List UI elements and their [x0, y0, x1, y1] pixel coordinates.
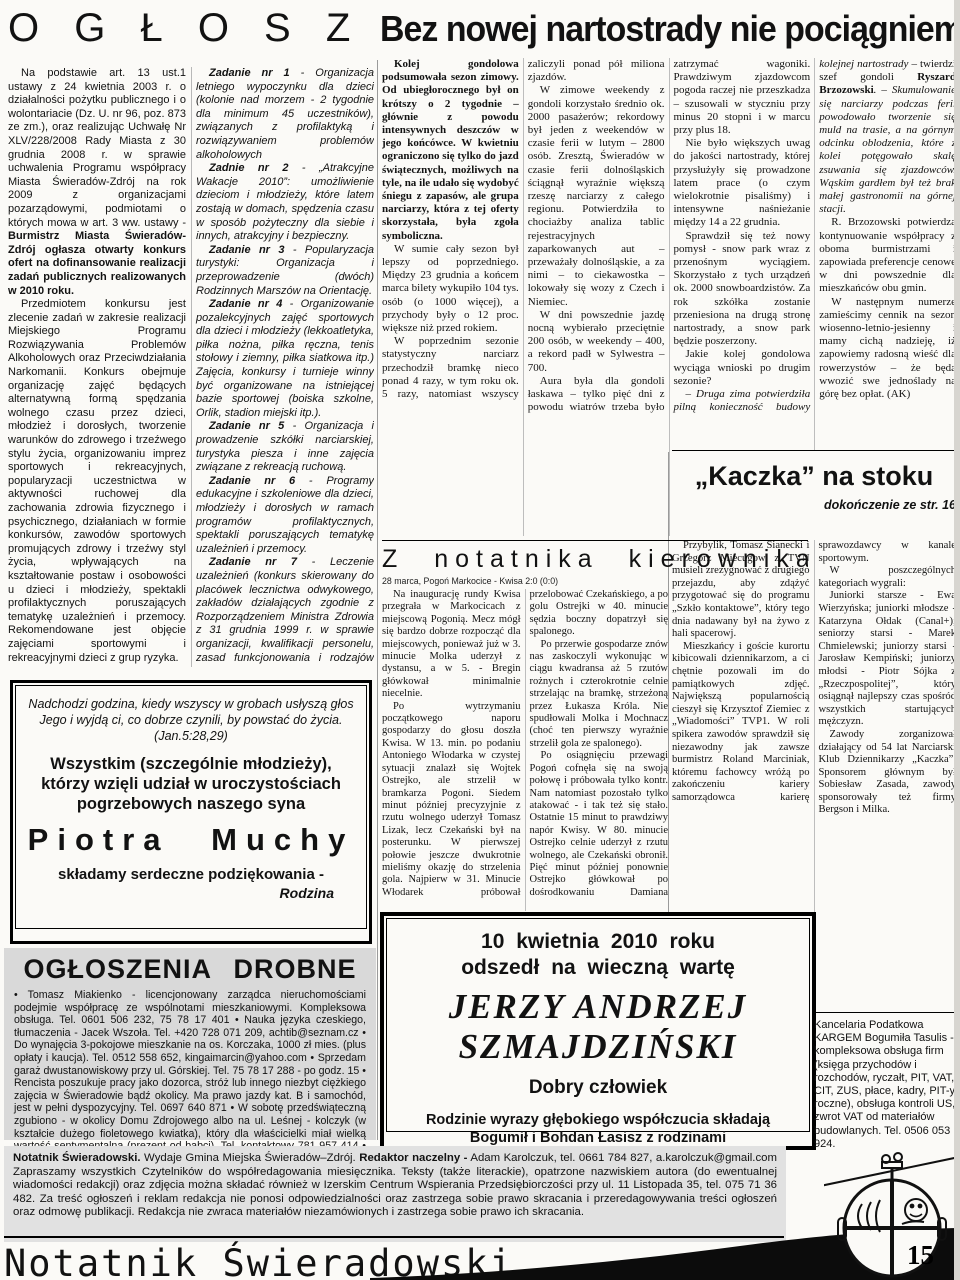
- ad-text: Kancelaria Podatkowa KARGEM Bogumiła Tas…: [814, 1019, 955, 1137]
- newspaper-page: O G Ł O S Z E N I E Na podstawie art. 13…: [0, 0, 960, 1280]
- classifieds-title: OGŁOSZENIA DROBNE: [14, 954, 366, 985]
- continuation-note: dokończenie ze str. 16: [672, 498, 956, 512]
- imprint-text: Zapraszamy wszystkich Czytelników do wsp…: [13, 1166, 777, 1219]
- ogloszenie-title: O G Ł O S Z E N I E: [8, 6, 374, 51]
- obituary-box: 10 kwietnia 2010 roku odszedł na wieczną…: [380, 912, 816, 1150]
- obituary-condolence: Rodzinie wyrazy głębokiego współczucia s…: [387, 1111, 809, 1147]
- page-number: 15: [907, 1240, 934, 1270]
- scan-edge: [954, 0, 960, 1280]
- obituary-condolence-line1: Rodzinie wyrazy głębokiego współczucia s…: [387, 1111, 809, 1129]
- match-report: Na inaugurację rundy Kwisa przegrała w M…: [382, 589, 668, 911]
- ogloszenie-body: Na podstawie art. 13 ust.1 ustawy z 24 k…: [8, 67, 374, 667]
- paragraph: Jakie kolej gondolowa wyciąga wnioski po…: [674, 348, 811, 388]
- paragraph: W sumie cały sezon był lepszy od poprzed…: [382, 243, 519, 335]
- ogloszenie-section: O G Ł O S Z E N I E Na podstawie art. 13…: [8, 6, 374, 674]
- condolence-text: Wszystkim (szczególnie młodzieży), którz…: [26, 754, 356, 814]
- paragraph: Juniorki starsze - Ewa Wierzyńska; junio…: [819, 590, 957, 729]
- task-item: Zadanie nr 5 - Organizacja i prowadzenie…: [196, 420, 374, 474]
- paragraph: W dni powszednie jazdę nocną wybierało p…: [528, 309, 665, 375]
- task-item: Zadanie nr 3 - Popularyzacja turystyki: …: [196, 244, 374, 298]
- editor-contact: Adam Karolczuk, tel. 0661 784 827, a.kar…: [467, 1152, 777, 1164]
- kaczka-title: „Kaczka” na stoku: [672, 461, 956, 492]
- paragraph: W zimowe weekendy z gondoli korzystało ś…: [528, 84, 665, 308]
- paragraph: Zawody zorganizował działający od 54 lat…: [819, 729, 957, 817]
- obituary-date: 10 kwietnia 2010 roku: [387, 929, 809, 955]
- obituary-name-line2: SZMAJDZIŃSKI: [387, 1027, 809, 1067]
- paragraph: Nie było większych uwag do jakości narto…: [674, 137, 811, 229]
- paragraph: R. Brzozowski potwierdza kontynuowanie w…: [819, 216, 956, 295]
- paper-name: Notatnik Świeradowski.: [13, 1152, 141, 1164]
- gondola-lift-icon: 15: [824, 1146, 960, 1280]
- paragraph: Przedmiotem konkursu jest zlecenie zadań…: [8, 298, 186, 665]
- paragraph: Po przerwie gospodarze znów nas zaskoczy…: [530, 639, 669, 751]
- obituary-condolence-line2: Bogumił i Bohdan Łasisz z rodzinami: [387, 1129, 809, 1147]
- task-item: Zadanie nr 6 - Programy edukacyjne i szk…: [196, 475, 374, 557]
- condolence-box: Nadchodzi godzina, kiedy wszyscy w groba…: [10, 680, 372, 944]
- paragraph: Sprawdził się też nowy pomysł - snow par…: [674, 230, 811, 349]
- paragraph: Na podstawie art. 13 ust.1 ustawy z 24 k…: [8, 67, 186, 298]
- obituary-date-line: 10 kwietnia 2010 roku odszedł na wieczną…: [387, 929, 809, 981]
- classifieds-box: OGŁOSZENIA DROBNE • Tomasz Miakienko - l…: [4, 948, 376, 1140]
- paragraph: Na inaugurację rundy Kwisa przegrała w M…: [382, 589, 521, 701]
- task-item: Zadnie nr 2 - „Atrakcyjne Wakacje 2010”:…: [196, 162, 374, 244]
- bible-quote: Nadchodzi godzina, kiedy wszyscy w groba…: [26, 696, 356, 744]
- publisher: Wydaje Gmina Miejska Świeradów–Zdrój.: [141, 1152, 360, 1164]
- obituary-name: JERZY ANDRZEJ SZMAJDZIŃSKI: [387, 987, 809, 1067]
- article-lead: Kolej gondolowa podsumowała sezon zimowy…: [382, 58, 519, 243]
- obituary-phrase: odszedł na wieczną wartę: [387, 955, 809, 981]
- obituary-inner: 10 kwietnia 2010 roku odszedł na wieczną…: [386, 918, 810, 1132]
- deceased-name: Piotra Muchy: [26, 822, 356, 858]
- paragraph: W poszczególnych kategoriach wygrali:: [819, 565, 957, 590]
- column-divider: [377, 60, 378, 1140]
- editor-label: Redaktor naczelny -: [359, 1152, 467, 1164]
- main-headline: Bez nowej nartostrady nie pociągniemy: [380, 8, 923, 50]
- task-item: Zadanie nr 4 - Organizowanie pozalekcyjn…: [196, 298, 374, 420]
- task-item: Zadanie nr 1 - Organizacja letniego wypo…: [196, 67, 374, 162]
- condolence-signature: Rodzina: [26, 885, 356, 901]
- kaczka-header-block: „Kaczka” na stoku dokończenie ze str. 16: [672, 450, 956, 538]
- condolence-text2: składamy serdeczne podziękowania -: [26, 866, 356, 883]
- obituary-name-line1: JERZY ANDRZEJ: [387, 987, 809, 1027]
- match-result-line: 28 marca, Pogoń Markocice - Kwisa 2:0 (0…: [382, 576, 668, 586]
- paragraph: W następnym numerze zamieścimy cennik na…: [819, 296, 956, 402]
- paragraph: Przybylik, Tomasz Sianecki i Grzegorz Mi…: [672, 540, 810, 641]
- obituary-subtitle: Dobry człowiek: [387, 1077, 809, 1099]
- condolence-inner: Nadchodzi godzina, kiedy wszyscy w groba…: [15, 685, 367, 929]
